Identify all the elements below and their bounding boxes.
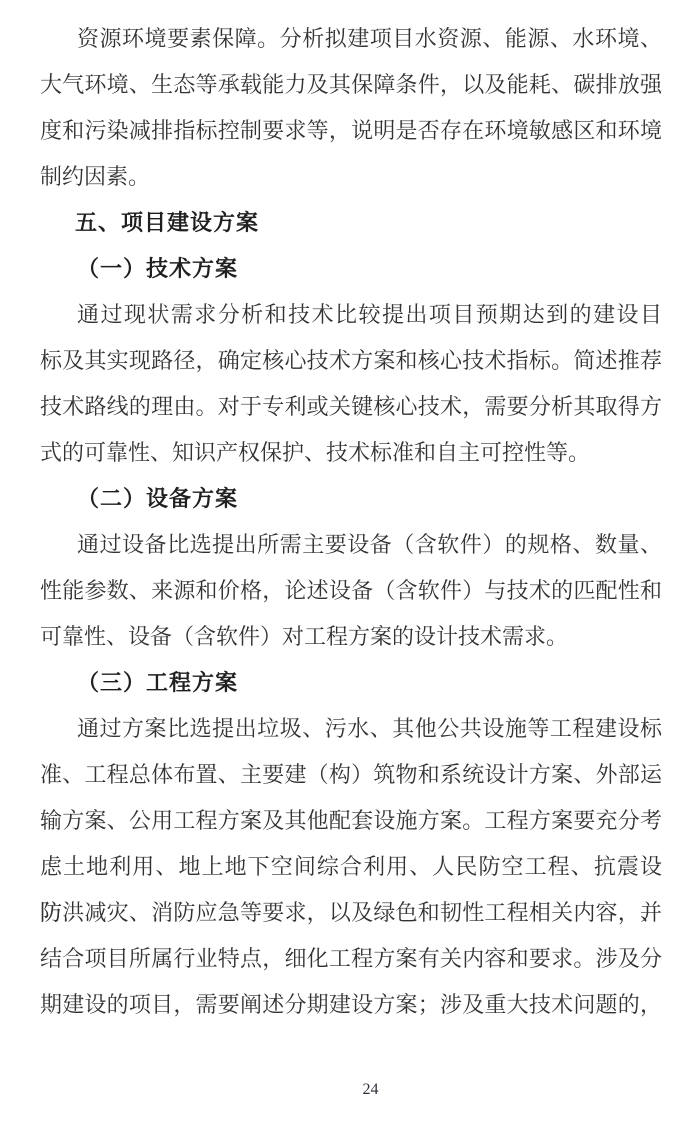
paragraph-technical-plan: 通过现状需求分析和技术比较提出项目预期达到的建设目 标及其实现路径，确定核心技术… — [40, 292, 662, 476]
text-line: 制约因素。 — [40, 154, 662, 200]
subsection-heading-technical-plan: （一）技术方案 — [40, 246, 662, 292]
text-line: 性能参数、来源和价格，论述设备（含软件）与技术的匹配性和 — [40, 568, 662, 614]
text-line: 通过现状需求分析和技术比较提出项目预期达到的建设目 — [40, 292, 662, 338]
text-line: 结合项目所属行业特点，细化工程方案有关内容和要求。涉及分 — [40, 936, 662, 982]
text-line: 准、工程总体布置、主要建（构）筑物和系统设计方案、外部运 — [40, 752, 662, 798]
section-heading-5: 五、项目建设方案 — [40, 200, 662, 246]
text-line: 防洪减灾、消防应急等要求，以及绿色和韧性工程相关内容，并 — [40, 890, 662, 936]
page-number: 24 — [22, 1080, 697, 1100]
paragraph-resource-environment: 资源环境要素保障。分析拟建项目水资源、能源、水环境、 大气环境、生态等承载能力及… — [40, 16, 662, 200]
text-line: 式的可靠性、知识产权保护、技术标准和自主可控性等。 — [40, 430, 662, 476]
paragraph-engineering-plan: 通过方案比选提出垃圾、污水、其他公共设施等工程建设标 准、工程总体布置、主要建（… — [40, 706, 662, 1028]
document-page: 资源环境要素保障。分析拟建项目水资源、能源、水环境、 大气环境、生态等承载能力及… — [0, 0, 697, 1123]
paragraph-equipment-plan: 通过设备比选提出所需主要设备（含软件）的规格、数量、 性能参数、来源和价格，论述… — [40, 522, 662, 660]
text-line: 通过方案比选提出垃圾、污水、其他公共设施等工程建设标 — [40, 706, 662, 752]
text-line: 资源环境要素保障。分析拟建项目水资源、能源、水环境、 — [40, 16, 662, 62]
text-line: 虑土地利用、地上地下空间综合利用、人民防空工程、抗震设防、 — [40, 844, 662, 890]
text-line: 技术路线的理由。对于专利或关键核心技术，需要分析其取得方 — [40, 384, 662, 430]
text-line: 度和污染减排指标控制要求等，说明是否存在环境敏感区和环境 — [40, 108, 662, 154]
subsection-heading-equipment-plan: （二）设备方案 — [40, 476, 662, 522]
text-line: 大气环境、生态等承载能力及其保障条件，以及能耗、碳排放强 — [40, 62, 662, 108]
text-line: 通过设备比选提出所需主要设备（含软件）的规格、数量、 — [40, 522, 662, 568]
text-line: 期建设的项目，需要阐述分期建设方案；涉及重大技术问题的， — [40, 982, 662, 1028]
subsection-heading-engineering-plan: （三）工程方案 — [40, 660, 662, 706]
text-line: 标及其实现路径，确定核心技术方案和核心技术指标。简述推荐 — [40, 338, 662, 384]
text-line: 可靠性、设备（含软件）对工程方案的设计技术需求。 — [40, 614, 662, 660]
text-line: 输方案、公用工程方案及其他配套设施方案。工程方案要充分考 — [40, 798, 662, 844]
document-body: 资源环境要素保障。分析拟建项目水资源、能源、水环境、 大气环境、生态等承载能力及… — [40, 16, 662, 1028]
